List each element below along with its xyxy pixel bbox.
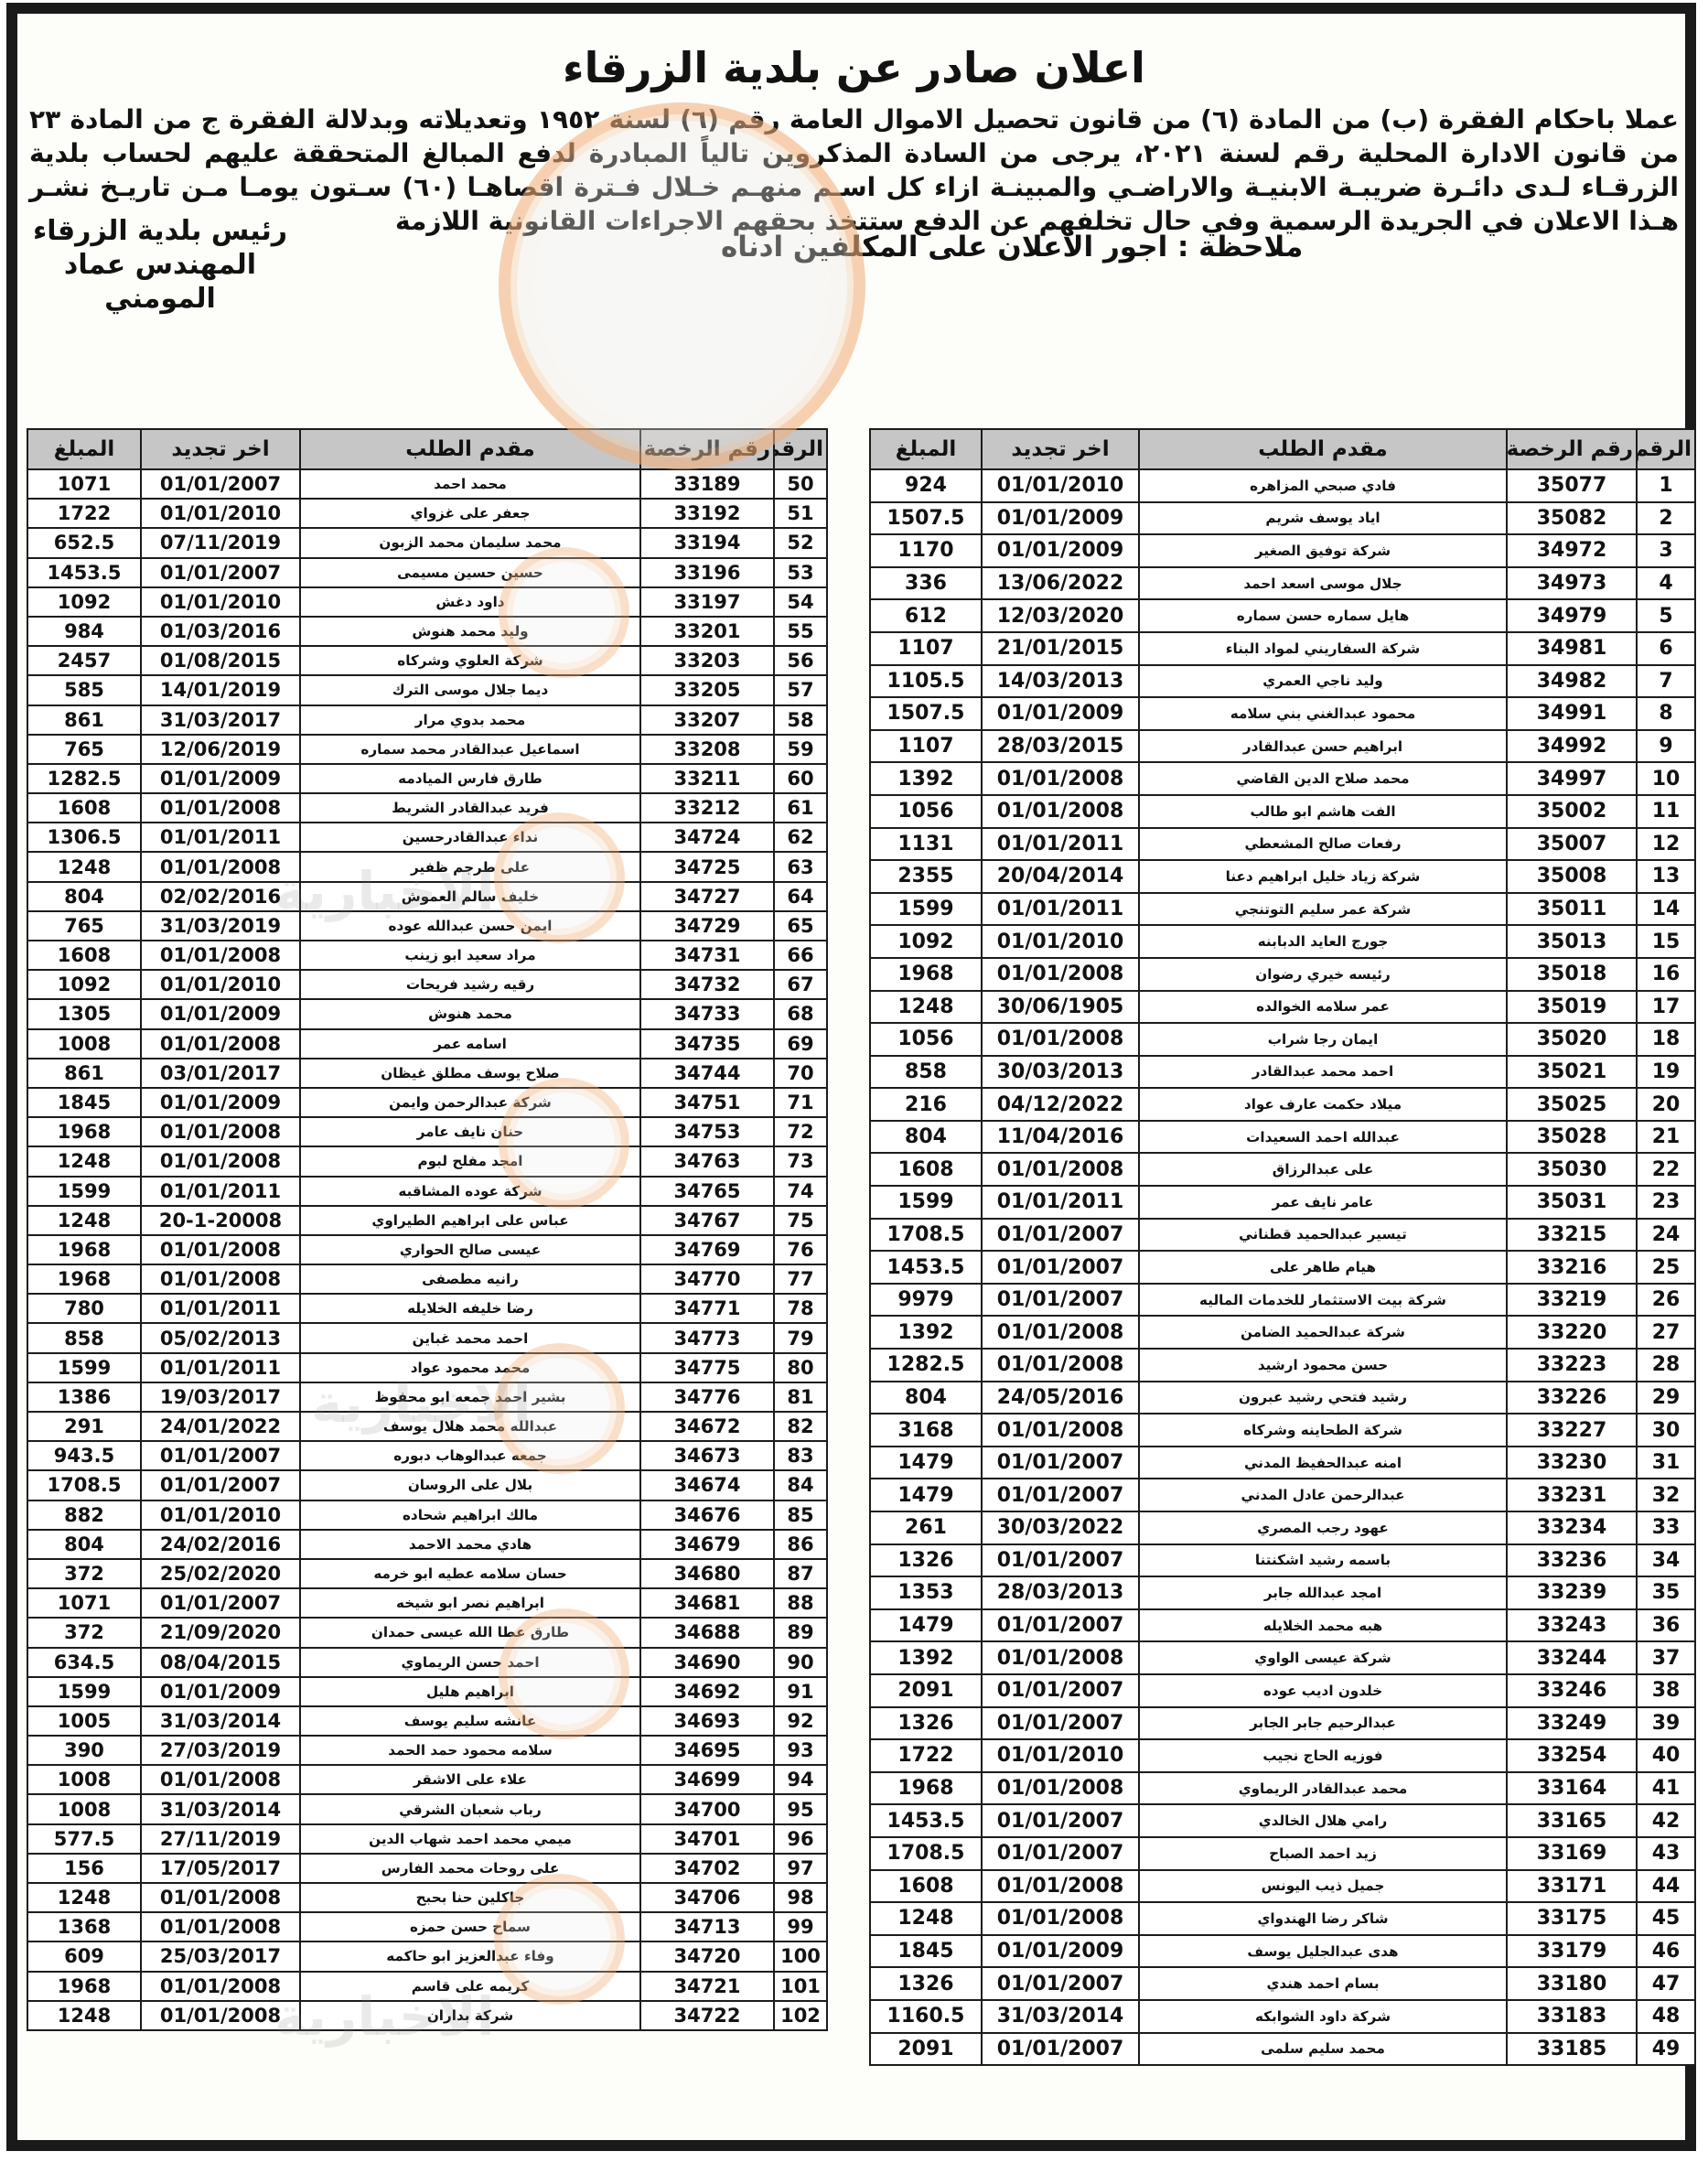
cell-license: 33234 <box>1507 1511 1637 1544</box>
cell-applicant: محمود عبدالغني بني سلامه <box>1139 697 1507 730</box>
cell-num: 97 <box>774 1854 827 1883</box>
cell-num: 33 <box>1637 1511 1695 1544</box>
cell-license: 33243 <box>1507 1609 1637 1642</box>
cell-amount: 1599 <box>27 1353 141 1382</box>
cell-amount: 1608 <box>870 1153 982 1186</box>
cell-license: 35082 <box>1507 502 1637 535</box>
cell-applicant: جلال موسى اسعد احمد <box>1139 567 1507 600</box>
cell-num: 41 <box>1637 1772 1695 1805</box>
cell-renewal: 01/01/2007 <box>982 1609 1139 1642</box>
cell-num: 38 <box>1637 1674 1695 1707</box>
cell-num: 22 <box>1637 1153 1695 1186</box>
cell-renewal: 01/01/2008 <box>982 1902 1139 1935</box>
cell-num: 40 <box>1637 1739 1695 1772</box>
cell-amount: 780 <box>27 1294 141 1323</box>
table-row: 6334725على طرجم ظفير01/01/20081248 <box>27 852 827 881</box>
table-row: 5533201وليد محمد هنوش01/03/2016984 <box>27 617 827 646</box>
cell-amount: 1708.5 <box>27 1470 141 1500</box>
cell-renewal: 01/01/2007 <box>982 1251 1139 1284</box>
cell-amount: 1326 <box>870 1707 982 1740</box>
cell-renewal: 01/01/2009 <box>141 1677 300 1706</box>
cell-renewal: 01/01/2010 <box>982 1739 1139 1772</box>
cell-num: 89 <box>774 1618 827 1647</box>
cell-num: 31 <box>1637 1447 1695 1479</box>
cell-applicant: امنه عبدالحفيظ المدني <box>1139 1447 1507 1479</box>
table-row: 6834733محمد هنوش01/01/20091305 <box>27 999 827 1028</box>
cell-renewal: 04/12/2022 <box>982 1088 1139 1121</box>
cell-renewal: 31/03/2017 <box>141 705 300 735</box>
table-row: 2633219شركة بيت الاستثمار للخدمات المالي… <box>870 1284 1695 1317</box>
table-row: 4133164محمد عبدالقادر الريماوي01/01/2008… <box>870 1772 1695 1805</box>
cell-applicant: احمد محمد غباين <box>300 1323 640 1352</box>
cell-applicant: رئيسه خيري رضوان <box>1139 958 1507 991</box>
cell-amount: 1599 <box>870 893 982 926</box>
cell-applicant: سلامه محمود حمد الحمد <box>300 1736 640 1765</box>
cell-amount: 1248 <box>27 1146 141 1176</box>
cell-applicant: محمد بدوي مرار <box>300 705 640 735</box>
cell-license: 33179 <box>1507 1935 1637 1968</box>
cell-amount: 1599 <box>27 1677 141 1706</box>
cell-applicant: مراد سعيد ابو زينب <box>300 941 640 970</box>
cell-amount: 861 <box>27 705 141 735</box>
cell-applicant: طارق عطا الله عيسى حمدان <box>300 1618 640 1647</box>
cell-license: 33227 <box>1507 1414 1637 1447</box>
cell-num: 72 <box>774 1117 827 1146</box>
cell-license: 33165 <box>1507 1804 1637 1837</box>
cell-license: 33226 <box>1507 1382 1637 1414</box>
table-row: 8034775محمد محمود عواد01/01/20111599 <box>27 1353 827 1382</box>
cell-applicant: رامي هلال الخالدي <box>1139 1804 1507 1837</box>
cell-license: 34997 <box>1507 762 1637 795</box>
cell-num: 100 <box>774 1941 827 1971</box>
cell-license: 34721 <box>640 1972 774 2001</box>
cell-applicant: رشيد فتحي رشيد عبرون <box>1139 1382 1507 1414</box>
table-row: 7634769عيسى صالح الحواري01/01/20081968 <box>27 1235 827 1264</box>
cell-license: 34776 <box>640 1382 774 1412</box>
table-row: 3033227شركة الطحاينه وشركاه01/01/2008316… <box>870 1414 1695 1447</box>
col-header-num: الرقم <box>774 429 827 469</box>
table-row: 5333196حسين حسين مسيمى01/01/20071453.5 <box>27 558 827 587</box>
cell-num: 53 <box>774 558 827 587</box>
cell-renewal: 01/01/2008 <box>141 1264 300 1294</box>
cell-amount: 1305 <box>27 999 141 1028</box>
cell-applicant: احمد حسن الريماوي <box>300 1648 640 1677</box>
cell-amount: 1306.5 <box>27 823 141 852</box>
cell-amount: 1968 <box>27 1235 141 1264</box>
cell-license: 33205 <box>640 675 774 705</box>
cell-renewal: 01/01/2008 <box>982 958 1139 991</box>
cell-num: 34 <box>1637 1544 1695 1577</box>
cell-applicant: باسمه رشيد اشكنتنا <box>1139 1544 1507 1577</box>
signature-block: رئيس بلدية الزرقاء المهندس عماد المومني <box>27 214 293 316</box>
table-row: 3133230امنه عبدالحفيظ المدني01/01/200714… <box>870 1447 1695 1479</box>
cell-amount: 1368 <box>27 1912 141 1941</box>
cell-amount: 1507.5 <box>870 697 982 730</box>
cell-amount: 924 <box>870 469 982 502</box>
cell-num: 50 <box>774 469 827 499</box>
table-row: 734982وليد ناجي العمري14/03/20131105.5 <box>870 665 1695 698</box>
cell-amount: 984 <box>27 617 141 646</box>
cell-renewal: 02/02/2016 <box>141 882 300 911</box>
cell-amount: 804 <box>870 1382 982 1414</box>
cell-renewal: 20/04/2014 <box>982 860 1139 893</box>
table-row: 7834771رضا خليفه الخلايله01/01/2011780 <box>27 1294 827 1323</box>
cell-license: 33171 <box>1507 1870 1637 1903</box>
cell-renewal: 13/06/2022 <box>982 567 1139 600</box>
cell-num: 73 <box>774 1146 827 1176</box>
cell-applicant: على عبدالرزاق <box>1139 1153 1507 1186</box>
cell-num: 6 <box>1637 632 1695 665</box>
cell-renewal: 01/01/2009 <box>141 1088 300 1117</box>
cell-license: 34679 <box>640 1530 774 1559</box>
table-row: 6133212فريد عبدالقادر الشريط01/01/200816… <box>27 793 827 823</box>
table-row: 8434674بلال على الروسان01/01/20071708.5 <box>27 1470 827 1500</box>
table-row: 4033254فوزيه الحاج نجيب01/01/20101722 <box>870 1739 1695 1772</box>
cell-num: 82 <box>774 1412 827 1441</box>
table-row: 9534700رباب شعبان الشرقي31/03/20141008 <box>27 1794 827 1823</box>
cell-num: 26 <box>1637 1284 1695 1317</box>
cell-applicant: شركة بداران <box>300 2001 640 2030</box>
table-row: 1335008شركة زياد خليل ابراهيم دعنا20/04/… <box>870 860 1695 893</box>
table-row: 6634731مراد سعيد ابو زينب01/01/20081608 <box>27 941 827 970</box>
table-header-row: الرقم رقم الرخصة مقدم الطلب اخر تجديد ال… <box>27 429 827 469</box>
signature-name: المهندس عماد المومني <box>27 248 293 316</box>
cell-renewal: 01/01/2007 <box>982 1674 1139 1707</box>
cell-applicant: جعفر على غزواي <box>300 499 640 528</box>
cell-license: 34725 <box>640 852 774 881</box>
cell-num: 68 <box>774 999 827 1028</box>
table-row: 7934773احمد محمد غباين05/02/2013858 <box>27 1323 827 1352</box>
cell-amount: 1599 <box>27 1177 141 1206</box>
table-row: 5433197داود دغش01/01/20101092 <box>27 587 827 617</box>
cell-renewal: 28/03/2015 <box>982 730 1139 763</box>
cell-amount: 1092 <box>870 925 982 958</box>
cell-amount: 585 <box>27 675 141 705</box>
cell-num: 39 <box>1637 1707 1695 1740</box>
table-row: 235082اياد يوسف شريم01/01/20091507.5 <box>870 502 1695 535</box>
cell-renewal: 01/01/2008 <box>982 795 1139 828</box>
cell-renewal: 30/06/1905 <box>982 991 1139 1024</box>
table-row: 934992ابراهيم حسن عبدالقادر28/03/2015110… <box>870 730 1695 763</box>
table-row: 1135002الفت هاشم ابو طالب01/01/20081056 <box>870 795 1695 828</box>
cell-amount: 943.5 <box>27 1441 141 1470</box>
cell-license: 34695 <box>640 1736 774 1765</box>
cell-applicant: بشير احمد جمعه ابو محفوظ <box>300 1382 640 1412</box>
cell-renewal: 01/01/2010 <box>141 970 300 999</box>
cell-num: 45 <box>1637 1902 1695 1935</box>
cell-renewal: 27/11/2019 <box>141 1824 300 1854</box>
cell-amount: 1722 <box>27 499 141 528</box>
cell-renewal: 08/04/2015 <box>141 1648 300 1677</box>
col-header-applicant: مقدم الطلب <box>300 429 640 469</box>
cell-license: 35002 <box>1507 795 1637 828</box>
cell-renewal: 01/08/2015 <box>141 646 300 675</box>
cell-renewal: 28/03/2013 <box>982 1576 1139 1609</box>
cell-num: 48 <box>1637 2000 1695 2033</box>
cell-applicant: وليد محمد هنوش <box>300 617 640 646</box>
table-row: 6434727خليف سالم العموش02/02/2016804 <box>27 882 827 911</box>
cell-num: 35 <box>1637 1576 1695 1609</box>
cell-amount: 1608 <box>27 793 141 823</box>
cell-num: 56 <box>774 646 827 675</box>
table-row: 9834706جاكلين حنا بحبح01/01/20081248 <box>27 1883 827 1912</box>
table-row: 6934735اسامه عمر01/01/20081008 <box>27 1029 827 1059</box>
cell-renewal: 01/01/2008 <box>982 1153 1139 1186</box>
cell-license: 34673 <box>640 1441 774 1470</box>
cell-renewal: 25/03/2017 <box>141 1941 300 1971</box>
cell-amount: 1453.5 <box>870 1804 982 1837</box>
cell-num: 47 <box>1637 1967 1695 2000</box>
cell-applicant: حسين حسين مسيمى <box>300 558 640 587</box>
cell-applicant: عبدالرحمن عادل المدني <box>1139 1479 1507 1511</box>
cell-license: 35030 <box>1507 1153 1637 1186</box>
cell-license: 34771 <box>640 1294 774 1323</box>
table-row: 2833223حسن محمود ارشيد01/01/20081282.5 <box>870 1349 1695 1382</box>
cell-applicant: حسن محمود ارشيد <box>1139 1349 1507 1382</box>
table-row: 5733205ديما جلال موسى الترك14/01/2019585 <box>27 675 827 705</box>
cell-renewal: 31/03/2014 <box>141 1706 300 1736</box>
cell-num: 87 <box>774 1559 827 1588</box>
table-row: 434973جلال موسى اسعد احمد13/06/2022336 <box>870 567 1695 600</box>
cell-license: 33194 <box>640 528 774 557</box>
cell-applicant: احمد محمد عبدالقادر <box>1139 1056 1507 1089</box>
cell-renewal: 01/01/2007 <box>141 558 300 587</box>
cell-license: 34769 <box>640 1235 774 1264</box>
cell-applicant: نداء عبدالقادرحسين <box>300 823 640 852</box>
cell-amount: 1453.5 <box>870 1251 982 1284</box>
cell-amount: 156 <box>27 1854 141 1883</box>
cell-amount: 1708.5 <box>870 1219 982 1252</box>
cell-amount: 390 <box>27 1736 141 1765</box>
cell-applicant: عهود رجب المصري <box>1139 1511 1507 1544</box>
cell-amount: 1326 <box>870 1967 982 2000</box>
cell-num: 64 <box>774 882 827 911</box>
cell-renewal: 11/04/2016 <box>982 1121 1139 1154</box>
table-row: 1235007رفعات صالح المشعطي01/01/20111131 <box>870 828 1695 861</box>
table-row: 9634701ميمي محمد احمد شهاب الدين27/11/20… <box>27 1824 827 1854</box>
cell-num: 94 <box>774 1765 827 1794</box>
cell-renewal: 21/01/2015 <box>982 632 1139 665</box>
cell-renewal: 19/03/2017 <box>141 1382 300 1412</box>
cell-num: 95 <box>774 1794 827 1823</box>
cell-renewal: 01/01/2007 <box>141 1588 300 1618</box>
cell-amount: 1479 <box>870 1447 982 1479</box>
cell-applicant: وفاء عبدالعزيز ابو حاكمه <box>300 1941 640 1971</box>
cell-amount: 261 <box>870 1511 982 1544</box>
cell-license: 35008 <box>1507 860 1637 893</box>
cell-amount: 612 <box>870 599 982 632</box>
cell-amount: 1708.5 <box>870 1837 982 1870</box>
table-row: 2035025ميلاد حكمت عارف عواد04/12/2022216 <box>870 1088 1695 1121</box>
cell-license: 33180 <box>1507 1967 1637 2000</box>
cell-applicant: شركة عبدالحميد الضامن <box>1139 1316 1507 1349</box>
cell-num: 54 <box>774 587 827 617</box>
cell-num: 67 <box>774 970 827 999</box>
cell-num: 62 <box>774 823 827 852</box>
cell-license: 33164 <box>1507 1772 1637 1805</box>
cell-renewal: 01/01/2008 <box>141 1029 300 1059</box>
table-row: 3233231عبدالرحمن عادل المدني01/01/200714… <box>870 1479 1695 1511</box>
cell-num: 9 <box>1637 730 1695 763</box>
table-row: 4733180بسام احمد هندي01/01/20071326 <box>870 1967 1695 2000</box>
cell-num: 81 <box>774 1382 827 1412</box>
cell-renewal: 01/01/2009 <box>982 502 1139 535</box>
table-row: 3733244شركة عيسى الواوي01/01/20081392 <box>870 1641 1695 1674</box>
cell-renewal: 01/01/2008 <box>982 1349 1139 1382</box>
cell-num: 69 <box>774 1029 827 1059</box>
cell-license: 34751 <box>640 1088 774 1117</box>
cell-applicant: شركة داود الشوابكه <box>1139 2000 1507 2033</box>
table-row: 4533175شاكر رضا الهندواي01/01/20081248 <box>870 1902 1695 1935</box>
cell-amount: 858 <box>27 1323 141 1352</box>
cell-num: 19 <box>1637 1056 1695 1089</box>
table-row: 3833246خلدون اديب عوده01/01/20072091 <box>870 1674 1695 1707</box>
cell-amount: 1170 <box>870 534 982 567</box>
cell-renewal: 01/01/2007 <box>982 1284 1139 1317</box>
note-line: ملاحظة : اجور الاعلان على المكلفين ادناه <box>721 231 1303 264</box>
cell-amount: 3168 <box>870 1414 982 1447</box>
cell-amount: 1392 <box>870 762 982 795</box>
cell-num: 4 <box>1637 567 1695 600</box>
cell-license: 33197 <box>640 587 774 617</box>
cell-amount: 2091 <box>870 1674 982 1707</box>
cell-applicant: بسام احمد هندي <box>1139 1967 1507 2000</box>
col-header-renewal: اخر تجديد <box>141 429 300 469</box>
cell-num: 46 <box>1637 1935 1695 1968</box>
table-row: 5833207محمد بدوي مرار31/03/2017861 <box>27 705 827 735</box>
table-row: 1735019عمر سلامه الخوالده30/06/19051248 <box>870 991 1695 1024</box>
cell-license: 33254 <box>1507 1739 1637 1772</box>
cell-amount: 1722 <box>870 1739 982 1772</box>
cell-num: 92 <box>774 1706 827 1736</box>
cell-license: 34681 <box>640 1588 774 1618</box>
cell-applicant: شركة الطحاينه وشركاه <box>1139 1414 1507 1447</box>
cell-renewal: 01/01/2011 <box>982 828 1139 861</box>
cell-renewal: 01/01/2010 <box>141 587 300 617</box>
cell-renewal: 01/01/2008 <box>141 1972 300 2001</box>
cell-renewal: 31/03/2019 <box>141 911 300 941</box>
cell-renewal: 01/01/2010 <box>982 925 1139 958</box>
cell-num: 18 <box>1637 1023 1695 1056</box>
cell-applicant: طارق فارس الميادمه <box>300 764 640 793</box>
fees-table-left: الرقم رقم الرخصة مقدم الطلب اخر تجديد ال… <box>27 428 828 2031</box>
cell-applicant: جميل ذيب اليونس <box>1139 1870 1507 1903</box>
cell-renewal: 01/01/2008 <box>141 941 300 970</box>
cell-applicant: عانشه سليم يوسف <box>300 1706 640 1736</box>
cell-amount: 1392 <box>870 1641 982 1674</box>
cell-amount: 634.5 <box>27 1648 141 1677</box>
col-header-license: رقم الرخصة <box>640 429 774 469</box>
cell-amount: 1507.5 <box>870 502 982 535</box>
cell-applicant: عامر نايف عمر <box>1139 1186 1507 1219</box>
cell-renewal: 01/01/2011 <box>141 1177 300 1206</box>
cell-license: 34729 <box>640 911 774 941</box>
cell-license: 34720 <box>640 1941 774 1971</box>
cell-amount: 804 <box>870 1121 982 1154</box>
cell-amount: 216 <box>870 1088 982 1121</box>
table-row: 9234693عانشه سليم يوسف31/03/20141005 <box>27 1706 827 1736</box>
cell-applicant: علاء على الاشقر <box>300 1765 640 1794</box>
cell-num: 3 <box>1637 534 1695 567</box>
cell-num: 7 <box>1637 665 1695 698</box>
cell-license: 34731 <box>640 941 774 970</box>
cell-amount: 1160.5 <box>870 2000 982 2033</box>
cell-applicant: حسان سلامه عطيه ابو خرمه <box>300 1559 640 1588</box>
cell-renewal: 31/03/2014 <box>141 1794 300 1823</box>
cell-license: 34680 <box>640 1559 774 1588</box>
cell-renewal: 01/01/2007 <box>982 1219 1139 1252</box>
cell-applicant: شركة السفاريني لمواد البناء <box>1139 632 1507 665</box>
cell-license: 34727 <box>640 882 774 911</box>
cell-applicant: سماح حسن حمزه <box>300 1912 640 1941</box>
cell-renewal: 24/05/2016 <box>982 1382 1139 1414</box>
cell-renewal: 01/01/2008 <box>982 762 1139 795</box>
cell-renewal: 01/01/2008 <box>141 1912 300 1941</box>
cell-amount: 1845 <box>27 1088 141 1117</box>
cell-applicant: هبه محمد الخلايله <box>1139 1609 1507 1642</box>
cell-num: 99 <box>774 1912 827 1941</box>
cell-license: 34676 <box>640 1500 774 1530</box>
cell-renewal: 01/01/2009 <box>141 999 300 1028</box>
cell-renewal: 03/01/2017 <box>141 1059 300 1088</box>
cell-amount: 1599 <box>870 1186 982 1219</box>
cell-license: 33189 <box>640 469 774 499</box>
cell-license: 34724 <box>640 823 774 852</box>
cell-num: 55 <box>774 617 827 646</box>
cell-renewal: 01/01/2008 <box>141 852 300 881</box>
cell-applicant: ميمي محمد احمد شهاب الدين <box>300 1824 640 1854</box>
cell-amount: 1479 <box>870 1609 982 1642</box>
cell-amount: 1968 <box>870 958 982 991</box>
cell-num: 32 <box>1637 1479 1695 1511</box>
cell-num: 15 <box>1637 925 1695 958</box>
cell-renewal: 25/02/2020 <box>141 1559 300 1588</box>
cell-amount: 765 <box>27 911 141 941</box>
cell-num: 59 <box>774 735 827 764</box>
cell-license: 34688 <box>640 1618 774 1647</box>
cell-renewal: 01/01/2008 <box>982 1870 1139 1903</box>
cell-num: 86 <box>774 1530 827 1559</box>
cell-num: 13 <box>1637 860 1695 893</box>
cell-amount: 1608 <box>27 941 141 970</box>
cell-renewal: 30/03/2013 <box>982 1056 1139 1089</box>
cell-amount: 2091 <box>870 2033 982 2066</box>
cell-renewal: 01/01/2008 <box>982 1772 1139 1805</box>
table-row: 6734732رقيه رشيد فريحات01/01/20101092 <box>27 970 827 999</box>
cell-applicant: محمد صلاح الدين القاضي <box>1139 762 1507 795</box>
cell-license: 33183 <box>1507 2000 1637 2033</box>
cell-amount: 1248 <box>27 2001 141 2030</box>
cell-license: 33208 <box>640 735 774 764</box>
cell-applicant: شركة عيسى الواوي <box>1139 1641 1507 1674</box>
cell-license: 34973 <box>1507 567 1637 600</box>
cell-applicant: محمد هنوش <box>300 999 640 1028</box>
table-row: 10134721كريمه على قاسم01/01/20081968 <box>27 1972 827 2001</box>
cell-num: 28 <box>1637 1349 1695 1382</box>
cell-applicant: رضا خليفه الخلايله <box>300 1294 640 1323</box>
cell-renewal: 01/01/2007 <box>982 1967 1139 2000</box>
table-row: 7034744صلاح يوسف مطلق غيظان03/01/2017861 <box>27 1059 827 1088</box>
table-row: 1034997محمد صلاح الدين القاضي01/01/20081… <box>870 762 1695 795</box>
table-row: 7234753حنان نايف عامر01/01/20081968 <box>27 1117 827 1146</box>
table-row: 834991محمود عبدالغني بني سلامه01/01/2009… <box>870 697 1695 730</box>
cell-license: 33207 <box>640 705 774 735</box>
cell-amount: 1248 <box>870 1902 982 1935</box>
announcement-page: { "title": "اعلان صادر عن بلدية الزرقاء"… <box>0 0 1708 2162</box>
cell-amount: 1282.5 <box>870 1349 982 1382</box>
table-row: 4833183شركة داود الشوابكه31/03/20141160.… <box>870 2000 1695 2033</box>
cell-license: 35028 <box>1507 1121 1637 1154</box>
